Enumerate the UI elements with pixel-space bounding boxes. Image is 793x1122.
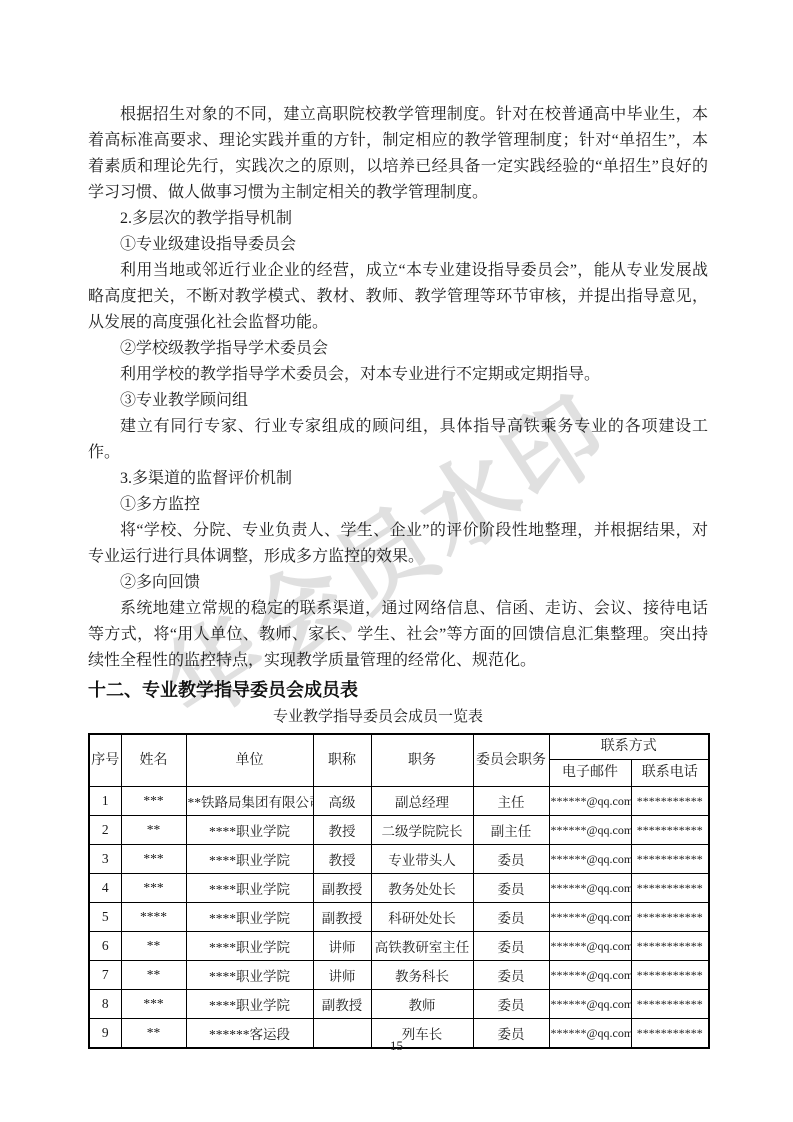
body-paragraph: 利用学校的教学指导学术委员会，对本专业进行不定期或定期指导。 bbox=[88, 362, 708, 388]
body-paragraph: ①多方监控 bbox=[88, 492, 708, 518]
cell-unit: ****职业学院 bbox=[186, 816, 313, 845]
cell-unit: ****职业学院 bbox=[186, 874, 313, 903]
body-paragraph: 利用当地或邻近行业企业的经营，成立“本专业建设指导委员会”，能从专业发展战略高度… bbox=[88, 258, 708, 336]
cell-unit: ****职业学院 bbox=[186, 903, 313, 932]
cell-committee-role: 副主任 bbox=[473, 816, 549, 845]
cell-phone: *********** bbox=[631, 787, 709, 816]
cell-position: 教务科长 bbox=[371, 961, 473, 990]
cell-position: 二级学院院长 bbox=[371, 816, 473, 845]
cell-seq: 8 bbox=[89, 990, 121, 1019]
cell-position: 教务处处长 bbox=[371, 874, 473, 903]
cell-seq: 1 bbox=[89, 787, 121, 816]
cell-seq: 5 bbox=[89, 903, 121, 932]
page-number: 15 bbox=[0, 1038, 793, 1054]
cell-email: ******@qq.com bbox=[549, 845, 631, 874]
body-paragraph: 根据招生对象的不同，建立高职院校教学管理制度。针对在校普通高中毕业生，本着高标准… bbox=[88, 102, 708, 206]
header-seq: 序号 bbox=[89, 734, 121, 787]
cell-committee-role: 委员 bbox=[473, 845, 549, 874]
cell-title: 教授 bbox=[313, 816, 371, 845]
cell-email: ******@qq.com bbox=[549, 874, 631, 903]
cell-unit: ****职业学院 bbox=[186, 961, 313, 990]
body-paragraph: 将“学校、分院、专业负责人、学生、企业”的评价阶段性地整理，并根据结果，对专业运… bbox=[88, 518, 708, 570]
table-body: 1 *** **铁路局集团有限公司 高级 副总经理 主任 ******@qq.c… bbox=[89, 787, 709, 1049]
section-heading: 十二、专业教学指导委员会成员表 bbox=[88, 677, 708, 704]
table-header: 序号 姓名 单位 职称 职务 委员会职务 联系方式 电子邮件 联系电话 bbox=[89, 734, 709, 787]
cell-title: 讲师 bbox=[313, 932, 371, 961]
cell-unit: ****职业学院 bbox=[186, 845, 313, 874]
cell-title: 副教授 bbox=[313, 903, 371, 932]
body-paragraph: ③专业教学顾问组 bbox=[88, 388, 708, 414]
cell-name: ** bbox=[121, 816, 186, 845]
cell-position: 专业带头人 bbox=[371, 845, 473, 874]
cell-email: ******@qq.com bbox=[549, 990, 631, 1019]
body-paragraph: 3.多渠道的监督评价机制 bbox=[88, 466, 708, 492]
cell-committee-role: 主任 bbox=[473, 787, 549, 816]
body-paragraph: 2.多层次的教学指导机制 bbox=[88, 206, 708, 232]
cell-position: 副总经理 bbox=[371, 787, 473, 816]
cell-seq: 4 bbox=[89, 874, 121, 903]
table-row: 5 **** ****职业学院 副教授 科研处处长 委员 ******@qq.c… bbox=[89, 903, 709, 932]
cell-phone: *********** bbox=[631, 874, 709, 903]
cell-name: *** bbox=[121, 845, 186, 874]
cell-seq: 6 bbox=[89, 932, 121, 961]
header-title: 职称 bbox=[313, 734, 371, 787]
document-page: 华会员水印 根据招生对象的不同，建立高职院校教学管理制度。针对在校普通高中毕业生… bbox=[0, 0, 793, 1122]
body-paragraph: 建立有同行专家、行业专家组成的顾问组，具体指导高铁乘务专业的各项建设工作。 bbox=[88, 414, 708, 466]
cell-phone: *********** bbox=[631, 816, 709, 845]
body-paragraph: ②多向回馈 bbox=[88, 570, 708, 596]
cell-name: ** bbox=[121, 932, 186, 961]
members-table: 序号 姓名 单位 职称 职务 委员会职务 联系方式 电子邮件 联系电话 1 **… bbox=[88, 733, 710, 1049]
cell-phone: *********** bbox=[631, 903, 709, 932]
cell-name: *** bbox=[121, 874, 186, 903]
cell-title: 讲师 bbox=[313, 961, 371, 990]
header-unit: 单位 bbox=[186, 734, 313, 787]
cell-committee-role: 委员 bbox=[473, 990, 549, 1019]
header-contact-group: 联系方式 bbox=[549, 734, 709, 760]
cell-email: ******@qq.com bbox=[549, 787, 631, 816]
table-row: 6 ** ****职业学院 讲师 高铁教研室主任 委员 ******@qq.co… bbox=[89, 932, 709, 961]
cell-title: 教授 bbox=[313, 845, 371, 874]
cell-unit: ****职业学院 bbox=[186, 932, 313, 961]
cell-position: 教师 bbox=[371, 990, 473, 1019]
cell-email: ******@qq.com bbox=[549, 903, 631, 932]
table-row: 4 *** ****职业学院 副教授 教务处处长 委员 ******@qq.co… bbox=[89, 874, 709, 903]
header-position: 职务 bbox=[371, 734, 473, 787]
cell-email: ******@qq.com bbox=[549, 961, 631, 990]
cell-name: *** bbox=[121, 990, 186, 1019]
cell-committee-role: 委员 bbox=[473, 961, 549, 990]
body-paragraph: ②学校级教学指导学术委员会 bbox=[88, 336, 708, 362]
header-email: 电子邮件 bbox=[549, 760, 631, 787]
table-row: 2 ** ****职业学院 教授 二级学院院长 副主任 ******@qq.co… bbox=[89, 816, 709, 845]
cell-phone: *********** bbox=[631, 961, 709, 990]
header-name: 姓名 bbox=[121, 734, 186, 787]
cell-email: ******@qq.com bbox=[549, 932, 631, 961]
body-paragraph: ①专业级建设指导委员会 bbox=[88, 232, 708, 258]
cell-committee-role: 委员 bbox=[473, 874, 549, 903]
cell-phone: *********** bbox=[631, 932, 709, 961]
cell-phone: *********** bbox=[631, 845, 709, 874]
cell-position: 科研处处长 bbox=[371, 903, 473, 932]
cell-name: *** bbox=[121, 787, 186, 816]
cell-name: ** bbox=[121, 961, 186, 990]
cell-seq: 2 bbox=[89, 816, 121, 845]
table-row: 3 *** ****职业学院 教授 专业带头人 委员 ******@qq.com… bbox=[89, 845, 709, 874]
document-content: 根据招生对象的不同，建立高职院校教学管理制度。针对在校普通高中毕业生，本着高标准… bbox=[88, 102, 708, 1049]
body-paragraph: 系统地建立常规的稳定的联系渠道，通过网络信息、信函、走访、会议、接待电话等方式，… bbox=[88, 596, 708, 674]
cell-title: 副教授 bbox=[313, 990, 371, 1019]
table-row: 8 *** ****职业学院 副教授 教师 委员 ******@qq.com *… bbox=[89, 990, 709, 1019]
cell-position: 高铁教研室主任 bbox=[371, 932, 473, 961]
cell-seq: 3 bbox=[89, 845, 121, 874]
cell-title: 副教授 bbox=[313, 874, 371, 903]
cell-title: 高级 bbox=[313, 787, 371, 816]
table-caption: 专业教学指导委员会成员一览表 bbox=[88, 705, 668, 729]
header-phone: 联系电话 bbox=[631, 760, 709, 787]
table-row: 7 ** ****职业学院 讲师 教务科长 委员 ******@qq.com *… bbox=[89, 961, 709, 990]
cell-unit: **铁路局集团有限公司 bbox=[186, 787, 313, 816]
header-committee-role: 委员会职务 bbox=[473, 734, 549, 787]
cell-phone: *********** bbox=[631, 990, 709, 1019]
cell-committee-role: 委员 bbox=[473, 932, 549, 961]
cell-committee-role: 委员 bbox=[473, 903, 549, 932]
cell-unit: ****职业学院 bbox=[186, 990, 313, 1019]
cell-email: ******@qq.com bbox=[549, 816, 631, 845]
table-row: 1 *** **铁路局集团有限公司 高级 副总经理 主任 ******@qq.c… bbox=[89, 787, 709, 816]
cell-seq: 7 bbox=[89, 961, 121, 990]
document-body: 根据招生对象的不同，建立高职院校教学管理制度。针对在校普通高中毕业生，本着高标准… bbox=[88, 102, 708, 674]
cell-name: **** bbox=[121, 903, 186, 932]
